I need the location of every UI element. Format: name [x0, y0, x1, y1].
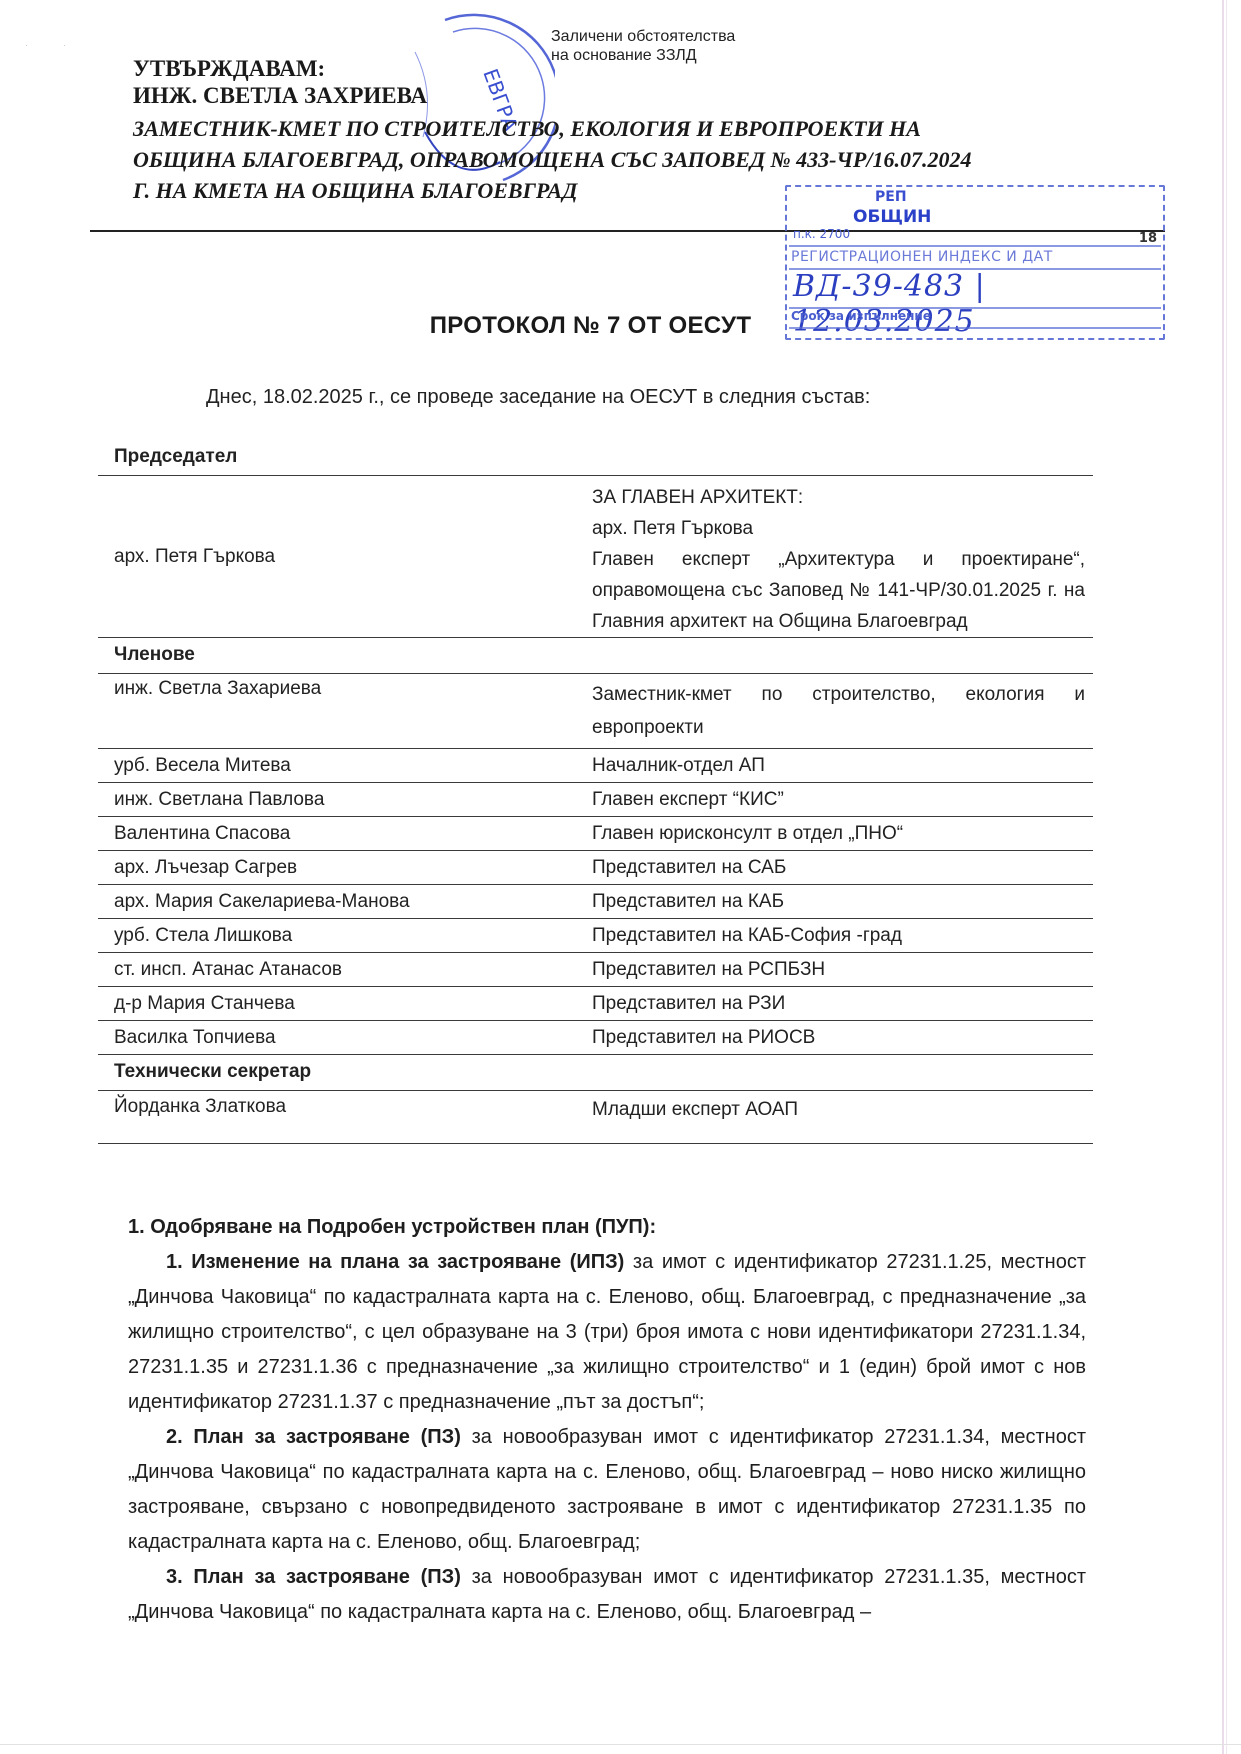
- approver-position-line: ЗАМЕСТНИК-КМЕТ ПО СТРОИТЕЛСТВО, ЕКОЛОГИЯ…: [133, 113, 1093, 144]
- agenda-heading: 1. Одобряване на Подробен устройствен пл…: [128, 1210, 1086, 1245]
- member-name: урб. Стела Лишкова: [98, 919, 592, 952]
- member-role: Главен експерт “КИС”: [592, 783, 1093, 816]
- member-role: Представител на КАБ-София -град: [592, 919, 1093, 952]
- agenda-item-text: за имот с идентификатор 27231.1.25, мест…: [128, 1251, 1086, 1413]
- chair-role-line: Главен експерт „Архитектура и проектиран…: [592, 544, 1085, 637]
- table-row-secretary: Йорданка Златкова Младши експерт АОАП: [98, 1091, 1093, 1144]
- table-row: урб. Стела Лишкова Представител на КАБ-С…: [98, 919, 1093, 953]
- scan-specks: · ·: [25, 40, 66, 50]
- scan-edge-line: [1222, 0, 1224, 1754]
- table-row: Валентина Спасова Главен юрисконсулт в о…: [98, 817, 1093, 851]
- scan-bottom-edge: [0, 1744, 1241, 1745]
- agenda-item: 3. План за застрояване (ПЗ) за новообраз…: [128, 1560, 1086, 1630]
- table-row: Василка Топчиева Представител на РИОСВ: [98, 1021, 1093, 1055]
- table-row: инж. Светла Захариева Заместник-кмет по …: [98, 674, 1093, 749]
- approval-block: УТВЪРЖДАВАМ: ИНЖ. СВЕТЛА ЗАХРИЕВА ЗАМЕСТ…: [133, 55, 1093, 206]
- approval-label: УТВЪРЖДАВАМ:: [133, 55, 1093, 82]
- table-row: инж. Светлана Павлова Главен експерт “КИ…: [98, 783, 1093, 817]
- secretary-name: Йорданка Златкова: [98, 1091, 592, 1143]
- agenda-item-title: 1. Изменение на плана за застрояване (ИП…: [166, 1251, 624, 1273]
- agenda: 1. Одобряване на Подробен устройствен пл…: [128, 1210, 1086, 1630]
- scan-edge-line: [1226, 0, 1227, 1754]
- member-name: Василка Топчиева: [98, 1021, 592, 1054]
- member-role: Началник-отдел АП: [592, 749, 1093, 782]
- section-chair: Председател: [98, 440, 1093, 476]
- page-title: ПРОТОКОЛ № 7 ОТ ОЕСУТ: [0, 312, 1241, 340]
- agenda-item-title: 3. План за застрояване (ПЗ): [166, 1566, 461, 1588]
- member-name: урб. Весела Митева: [98, 749, 592, 782]
- stamp-header1: РЕП: [875, 189, 907, 205]
- page-title-text: ПРОТОКОЛ № 7 ОТ ОЕСУТ: [430, 312, 752, 339]
- intro-text: Днес, 18.02.2025 г., се проведе заседани…: [206, 386, 870, 409]
- chair-role-line: арх. Петя Гъркова: [592, 513, 1085, 544]
- stamp-index-label: РЕГИСТРАЦИОНЕН ИНДЕКС И ДАТ: [791, 249, 1053, 265]
- stamp-postal: п.к. 2700: [793, 227, 850, 241]
- stamp-number: 18: [1139, 231, 1157, 246]
- agenda-item: 2. План за застрояване (ПЗ) за новообраз…: [128, 1420, 1086, 1560]
- member-name: арх. Лъчезар Сагрев: [98, 851, 592, 884]
- table-row: урб. Весела Митева Началник-отдел АП: [98, 749, 1093, 783]
- member-role: Представител на РЗИ: [592, 987, 1093, 1020]
- table-row: д-р Мария Станчева Представител на РЗИ: [98, 987, 1093, 1021]
- member-role: Главен юрисконсулт в отдел „ПНО“: [592, 817, 1093, 850]
- section-members: Членове: [98, 638, 1093, 674]
- chair-name: арх. Петя Гъркова: [98, 476, 592, 637]
- member-name: инж. Светла Захариева: [98, 674, 592, 748]
- table-row: ст. инсп. Атанас Атанасов Представител н…: [98, 953, 1093, 987]
- member-name: д-р Мария Станчева: [98, 987, 592, 1020]
- member-role: Представител на РСПБЗН: [592, 953, 1093, 986]
- member-name: арх. Мария Сакелариева-Манова: [98, 885, 592, 918]
- table-row: арх. Мария Сакелариева-Манова Представит…: [98, 885, 1093, 919]
- chair-role-line: ЗА ГЛАВЕН АРХИТЕКТ:: [592, 482, 1085, 513]
- agenda-item: 1. Изменение на плана за застрояване (ИП…: [128, 1245, 1086, 1420]
- member-role: Представител на САБ: [592, 851, 1093, 884]
- chair-role: ЗА ГЛАВЕН АРХИТЕКТ: арх. Петя Гъркова Гл…: [592, 476, 1093, 637]
- member-name: инж. Светлана Павлова: [98, 783, 592, 816]
- member-name: Валентина Спасова: [98, 817, 592, 850]
- member-role: Представител на РИОСВ: [592, 1021, 1093, 1054]
- approver-name: ИНЖ. СВЕТЛА ЗАХРИЕВА: [133, 82, 1093, 109]
- secretary-role: Младши експерт АОАП: [592, 1091, 1093, 1143]
- member-role: Заместник-кмет по строителство, екология…: [592, 674, 1093, 748]
- table-row-chair: арх. Петя Гъркова ЗА ГЛАВЕН АРХИТЕКТ: ар…: [98, 476, 1093, 638]
- table-row: арх. Лъчезар Сагрев Представител на САБ: [98, 851, 1093, 885]
- stamp-rule: [789, 245, 1161, 247]
- redaction-note-line1: Заличени обстоятелства: [551, 27, 735, 46]
- stamp-header2: ОБЩИН: [853, 207, 931, 227]
- agenda-item-title: 2. План за застрояване (ПЗ): [166, 1426, 461, 1448]
- approver-position-line: ОБЩИНА БЛАГОЕВГРАД, ОПРАВОМОЩЕНА СЪС ЗАП…: [133, 144, 1093, 175]
- member-role: Представител на КАБ: [592, 885, 1093, 918]
- member-name: ст. инсп. Атанас Атанасов: [98, 953, 592, 986]
- section-secretary: Технически секретар: [98, 1055, 1093, 1091]
- committee-table: Председател арх. Петя Гъркова ЗА ГЛАВЕН …: [98, 440, 1093, 1144]
